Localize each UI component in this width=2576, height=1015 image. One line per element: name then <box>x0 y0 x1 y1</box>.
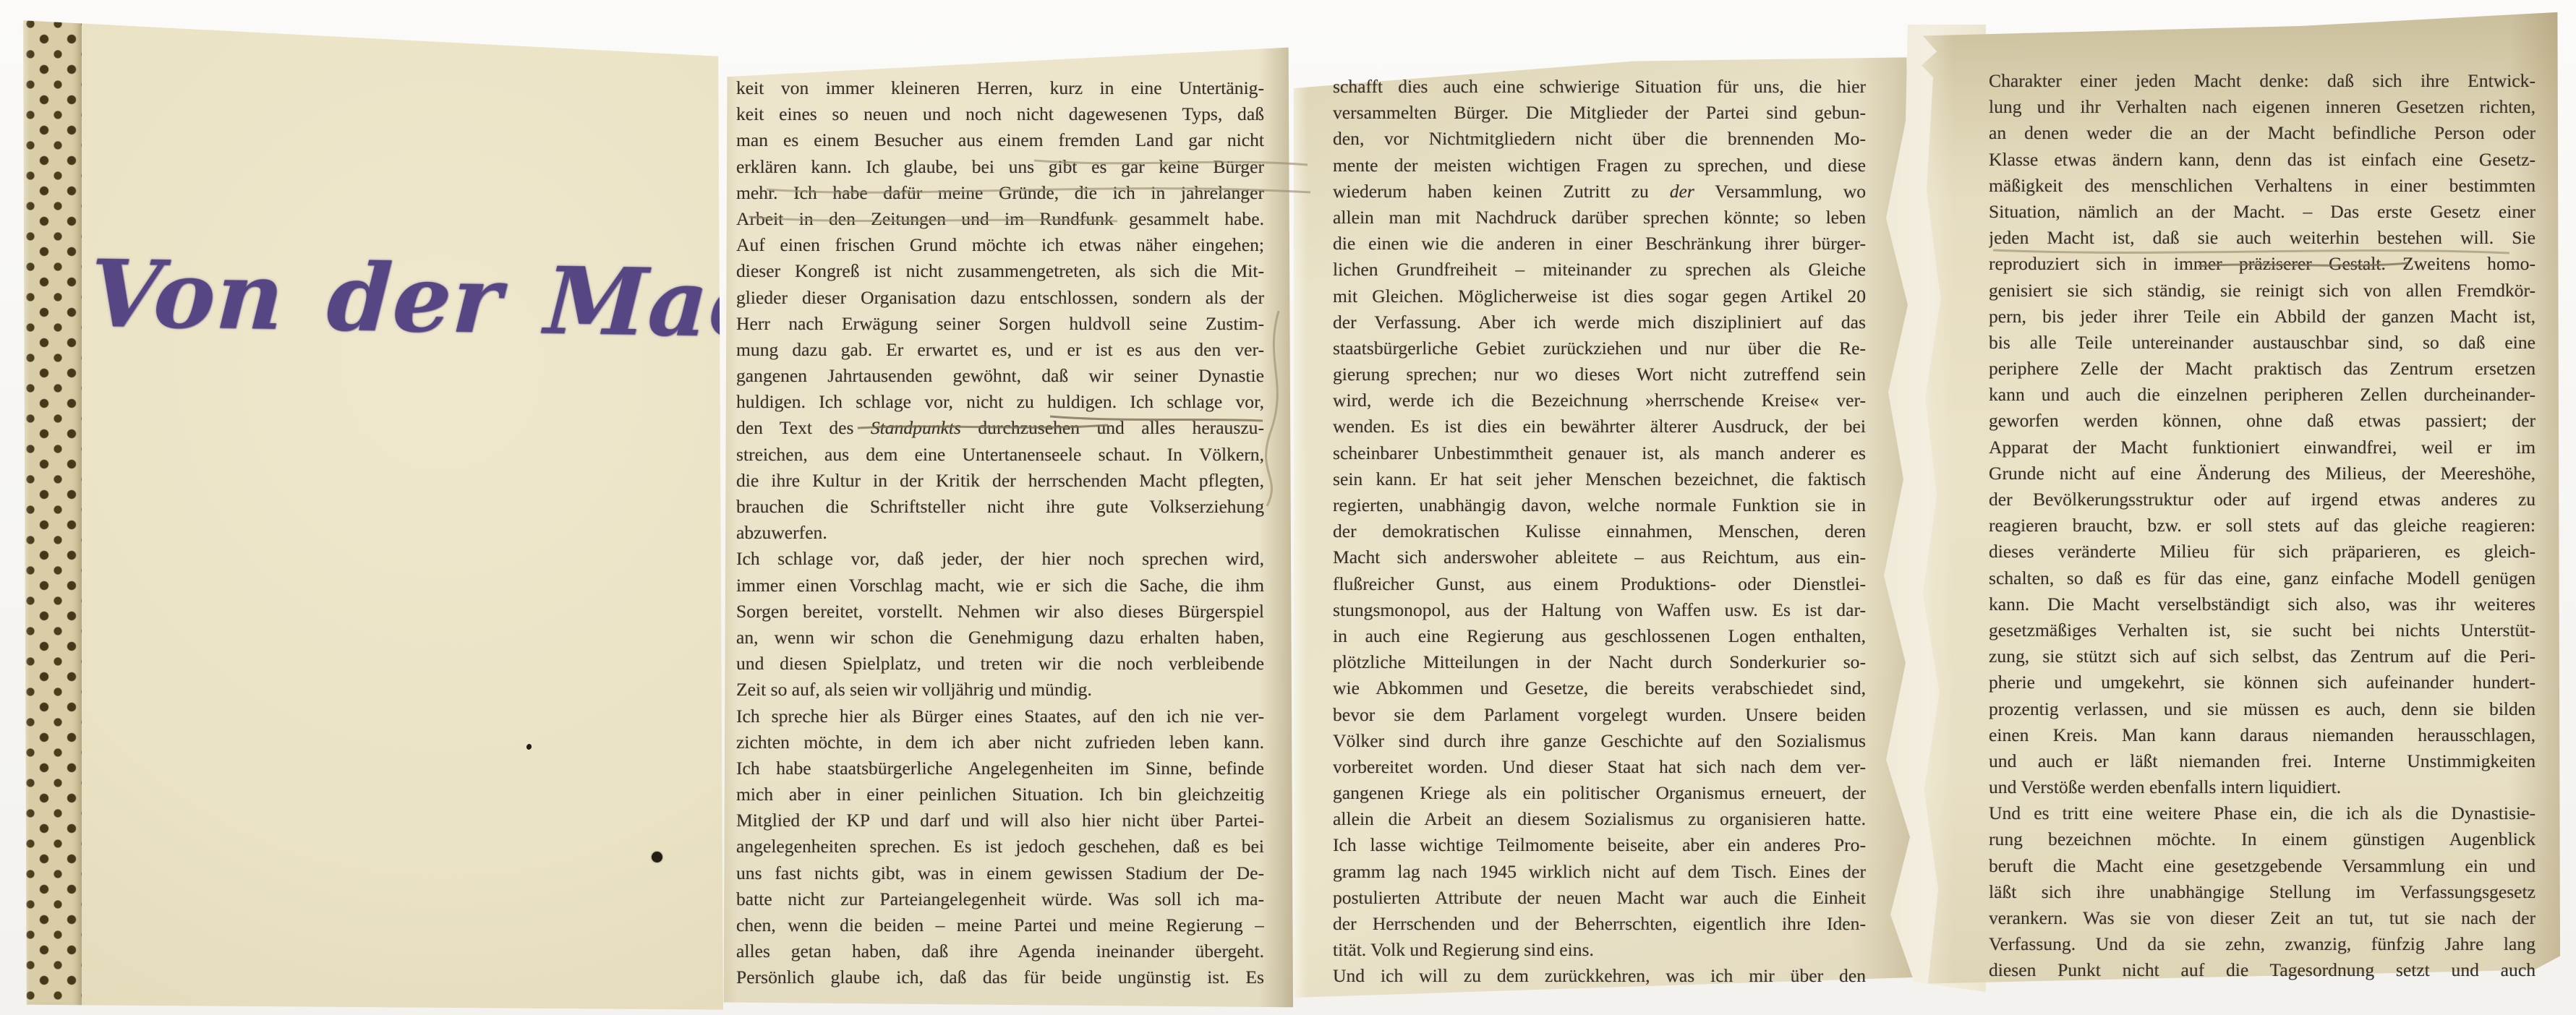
text-line: wenden. Es ist dies ein bewährter ältere… <box>1333 414 1866 440</box>
text-line: gramm lag nach 1945 wirklich nicht auf d… <box>1333 859 1866 885</box>
text-line: reagieren braucht, bzw. er soll stets au… <box>1989 513 2536 539</box>
text-line: und diesen Spielplatz, und treten wir di… <box>736 651 1264 677</box>
text-line: geworfen werden können, ohne daß etwas p… <box>1989 408 2536 434</box>
text-line: regierten, unabhängig davon, welche norm… <box>1333 492 1866 518</box>
text-line: lung und ihr Verhalten nach eigenen inne… <box>1989 94 2536 120</box>
ink-speck <box>652 852 662 862</box>
text-line: staatsbürgerliche Gebiet zurückziehen un… <box>1333 335 1866 361</box>
text-line: postulierten Attribute der neuen Macht w… <box>1333 885 1866 911</box>
text-line: mäßigkeit des menschlichen Verhaltens in… <box>1989 173 2536 199</box>
text-line: jeden Macht ist, daß sie auch weiterhin … <box>1989 225 2536 251</box>
text-line: und auch er läßt niemanden frei. Interne… <box>1989 748 2536 774</box>
text-line: Ich habe staatsbürgerliche Angelegenheit… <box>736 755 1264 781</box>
text-line: zung, sie stützt sich auf sich selbst, d… <box>1989 643 2536 669</box>
text-line: verankern. Was sie von dieser Zeit an tu… <box>1989 905 2536 931</box>
text-line: prozentig verlassen, und sie müssen es a… <box>1989 696 2536 722</box>
text-line: vorbereitet worden. Und dieser Staat hat… <box>1333 754 1866 780</box>
text-line: genisiert sie sich ständig, sie reinigt … <box>1989 278 2536 304</box>
text-line: pherie und umgekehrt, sie können sich au… <box>1989 669 2536 695</box>
text-line: allein man mit Nachdruck darüber spreche… <box>1333 205 1866 231</box>
text-line: gangenen Kriege als ein politischer Orga… <box>1333 780 1866 806</box>
text-line: den, vor Nichtmitgliedern nicht über die… <box>1333 126 1866 152</box>
text-line: periphere Zelle der Macht praktisch das … <box>1989 356 2536 382</box>
text-line: Zeit so auf, als seien wir volljährig un… <box>736 677 1264 703</box>
text-line: der demokratischen Kulisse einnahmen, Me… <box>1333 518 1866 544</box>
text-line: uns fast nichts gibt, was in einem gewis… <box>736 860 1264 886</box>
text-line: mente der meisten wichtigen Fragen zu sp… <box>1333 153 1866 179</box>
text-line: Und ich will zu dem zurückkehren, was ic… <box>1333 963 1866 989</box>
text-line: scheinbarer Unbestimmtheit genauer ist, … <box>1333 440 1866 466</box>
text-line: Völker sind durch ihre ganze Geschichte … <box>1333 728 1866 754</box>
text-line: der Verfassung. Aber ich werde mich disz… <box>1333 309 1866 335</box>
text-line: läßt sich ihre unabhängige Stellung im V… <box>1989 879 2536 905</box>
text-line: mehr. Ich habe dafür meine Gründe, die i… <box>736 180 1264 206</box>
text-line: schalten, so daß es für das eine, ganz e… <box>1989 565 2536 591</box>
text-line: Mitglied der KP und darf und will also h… <box>736 808 1264 834</box>
text-line: Ich spreche hier als Bürger eines Staate… <box>736 703 1264 729</box>
text-line: der Bevölkerungsstruktur oder auf irgend… <box>1989 487 2536 513</box>
text-line: batte nicht zur Parteiangelegenheit würd… <box>736 886 1264 912</box>
text-line: und Verstöße werden ebenfalls intern liq… <box>1989 774 2536 800</box>
text-line: mit Gleichen. Möglicherweise ist dies so… <box>1333 283 1866 309</box>
text-line: Situation, nämlich an der Macht. – Das e… <box>1989 199 2536 225</box>
text-line: die einen wie die anderen in einer Besch… <box>1333 231 1866 257</box>
text-column-1: keit von immer kleineren Herren, kurz in… <box>736 75 1264 991</box>
text-line: Klasse etwas ändern kann, denn das ist e… <box>1989 147 2536 173</box>
text-line: erklären kann. Ich glaube, bei uns gibt … <box>736 154 1264 180</box>
text-line: lichen Grundfreiheit – miteinander zu sp… <box>1333 257 1866 283</box>
text-line: Und es tritt eine weitere Phase ein, die… <box>1989 800 2536 826</box>
text-line: Arbeit in den Zeitungen und im Rundfunk … <box>736 206 1264 232</box>
perforated-tape-binding <box>24 17 82 1006</box>
text-line: gangenen Jahrtausenden gewöhnt, daß wir … <box>736 363 1264 389</box>
text-line: wiederum haben keinen Zutritt zu der Ver… <box>1333 179 1866 205</box>
text-line: sein kann. Er hat seit jeher Menschen be… <box>1333 466 1866 492</box>
text-line: Persönlich glaube ich, daß das für beide… <box>736 964 1264 990</box>
text-column-2: schafft dies auch eine schwierige Situat… <box>1333 74 1866 990</box>
text-line: plötzliche Mitteilungen in der Nacht dur… <box>1333 649 1866 675</box>
text-line: wird, werde ich die Bezeichnung »herrsch… <box>1333 387 1866 414</box>
text-line: abzuwerfen. <box>736 520 1264 546</box>
text-line: kann und auch die einzelnen peripheren Z… <box>1989 382 2536 408</box>
text-line: stungsmonopol, aus der Haltung von Waffe… <box>1333 597 1866 623</box>
text-line: Herr nach Erwägung seiner Sorgen huldvol… <box>736 311 1264 337</box>
text-line: beruft die Macht eine gesetzgebende Vers… <box>1989 853 2536 879</box>
text-line: den Text des Standpunkts durchzusehen un… <box>736 415 1264 441</box>
text-line: Macht sich anderswoher ableitete – aus R… <box>1333 544 1866 570</box>
text-line: mung dazu gab. Er erwartet es, und er is… <box>736 337 1264 363</box>
text-line: immer einen Vorschlag macht, wie er sich… <box>736 573 1264 599</box>
text-line: flußreicher Gunst, aus einem Produktions… <box>1333 571 1866 597</box>
text-line: die ihre Kultur in der Kritik der herrsc… <box>736 468 1264 494</box>
text-line: zichten möchte, in dem ich aber nicht zu… <box>736 729 1264 755</box>
text-line: man es einem Besucher aus einem fremden … <box>736 127 1264 153</box>
text-line: an, wenn wir schon die Genehmigung dazu … <box>736 625 1264 651</box>
text-line: Verfassung. Und da sie zehn, zwanzig, fü… <box>1989 931 2536 957</box>
text-line: Charakter einer jeden Macht denke: daß s… <box>1989 68 2536 94</box>
text-line: keit eines so neuen und noch nicht dagew… <box>736 101 1264 127</box>
cover-title-handwritten: Von der Macht <box>87 240 670 357</box>
text-line: Ich schlage vor, daß jeder, der hier noc… <box>736 546 1264 572</box>
text-line: pern, bis jeder ihrer Teile ein Abbild d… <box>1989 304 2536 330</box>
text-line: dieser Kongreß ist nicht zusammengetrete… <box>736 258 1264 284</box>
text-line: gesetzmäßiges Verhalten ist, sie sucht b… <box>1989 617 2536 643</box>
text-line: streichen, aus dem eine Untertanenseele … <box>736 442 1264 468</box>
text-line: gierung sprechen; nur wo dieses Wort nic… <box>1333 361 1866 387</box>
text-line: der Herrschenden und der Beherrschten, e… <box>1333 911 1866 937</box>
text-line: keit von immer kleineren Herren, kurz in… <box>736 75 1264 101</box>
text-line: schafft dies auch eine schwierige Situat… <box>1333 74 1866 100</box>
text-line: glieder dieser Organisation dazu entschl… <box>736 285 1264 311</box>
photographed-booklet-scene: { "cover": { "title": "Von der Macht" },… <box>0 0 2576 1015</box>
text-line: wie Abkommen und Gesetze, die bereits ve… <box>1333 675 1866 701</box>
text-line: bis alle Teile untereinander austauschba… <box>1989 330 2536 356</box>
text-line: rung bezeichnen möchte. In einem günstig… <box>1989 826 2536 852</box>
text-line: bevor sie dem Parlament vorgelegt wurden… <box>1333 702 1866 728</box>
text-line: tität. Volk und Regierung sind eins. <box>1333 937 1866 963</box>
text-line: Sorgen bereitet, vorstellt. Nehmen wir a… <box>736 599 1264 625</box>
text-line: brauchen die Schriftsteller nicht ihre g… <box>736 494 1264 520</box>
text-line: Grunde nicht auf eine Änderung des Milie… <box>1989 461 2536 487</box>
text-line: in auch eine Regierung aus geschlossenen… <box>1333 623 1866 649</box>
text-line: alles getan haben, daß ihre Agenda inein… <box>736 938 1264 964</box>
text-line: versammelten Bürger. Die Mitglieder der … <box>1333 100 1866 126</box>
text-line: allein die Arbeit an diesem Sozialismus … <box>1333 806 1866 832</box>
text-line: Ich lasse wichtige Teilmomente beiseite,… <box>1333 832 1866 858</box>
text-line: an denen weder die an der Macht befindli… <box>1989 120 2536 146</box>
text-line: Auf einen frischen Grund möchte ich etwa… <box>736 232 1264 258</box>
text-line: kann. Die Macht verselbständigt sich als… <box>1989 591 2536 617</box>
text-line: chen, wenn die beiden – meine Partei und… <box>736 912 1264 938</box>
booklet-cover-page: Von der Macht <box>20 14 723 1011</box>
text-line: mich aber in einer peinlichen Situation.… <box>736 781 1264 808</box>
text-line: dieses veränderte Milieu für sich präpar… <box>1989 539 2536 565</box>
ink-speck <box>526 743 532 750</box>
text-line: Apparat der Macht funktioniert einwandfr… <box>1989 434 2536 461</box>
text-column-3: Charakter einer jeden Macht denke: daß s… <box>1989 68 2536 984</box>
text-line: diesen Punkt nicht auf die Tagesordnung … <box>1989 957 2536 983</box>
text-line: reproduziert sich in immer präziserer Ge… <box>1989 251 2536 277</box>
text-line: huldigen. Ich schlage vor, nicht zu huld… <box>736 389 1264 415</box>
text-line: angelegenheiten sprechen. Es ist jedoch … <box>736 834 1264 860</box>
text-line: einen Kreis. Man kann daraus niemanden h… <box>1989 722 2536 748</box>
